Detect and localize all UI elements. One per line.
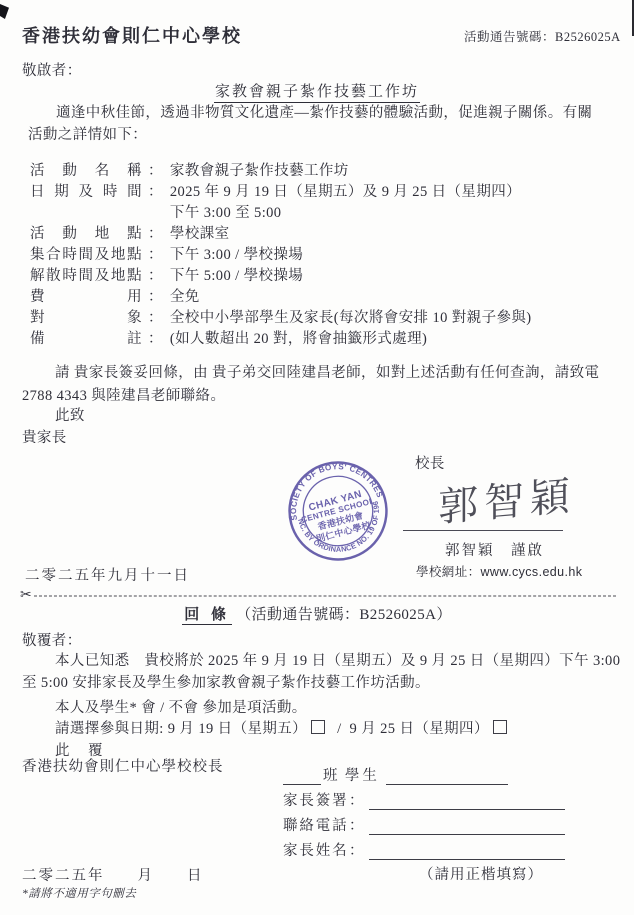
detail-label: 費用 <box>30 287 142 308</box>
detail-label: 日期及時間 <box>30 182 142 224</box>
intro-paragraph: 適逢中秋佳節，透過非物質文化遺產—紮作技藝的體驗活動，促進親子關係。有關 活動之… <box>28 102 614 146</box>
detail-label: 活動地點 <box>30 224 142 245</box>
colon: ： <box>148 329 163 350</box>
parent-name-line <box>369 843 565 860</box>
parent-signature-line <box>369 793 565 810</box>
class-label: 班 <box>323 764 338 785</box>
principal-name-line: 郭智穎 謹啟 <box>445 539 544 560</box>
colon: ： <box>148 245 163 266</box>
closing-paragraph: 請 貴家長簽妥回條，由 貴子弟交回陸建昌老師，如對上述活動有任何查詢，請致電 2… <box>22 362 618 408</box>
reply-slip-notice-number: （活動通告號碼：B2526025A） <box>236 607 452 623</box>
form-row-parent-signature: 家長簽署： <box>283 785 569 810</box>
reply-slip-title: 回 條 <box>182 607 232 625</box>
closing-line-2: 2788 4343 與陸建昌老師聯絡。 <box>22 385 618 408</box>
detail-row-activity-name: 活動名稱： 家教會親子紮作技藝工作坊 <box>30 161 614 182</box>
student-name-line <box>386 768 508 785</box>
detail-value-line1: 2025 年 9 月 19 日（星期五）及 9 月 25 日（星期四） <box>170 182 521 203</box>
detail-row-assembly: 集合時間及地點： 下午 3:00 / 學校操場 <box>30 245 614 266</box>
reply-date-blank: 二零二五年 月 日 <box>22 864 204 885</box>
form-row-class-student: 班 學生 <box>283 760 569 785</box>
detail-value: 2025 年 9 月 19 日（星期五）及 9 月 25 日（星期四） 下午 3… <box>170 182 521 224</box>
detail-value: 下午 5:00 / 學校操場 <box>170 266 303 287</box>
delete-inapplicable-footnote: *請將不適用字句刪去 <box>22 885 136 901</box>
form-label: 聯絡電話 <box>283 814 347 835</box>
detail-value: 全免 <box>170 287 200 308</box>
student-label: 學生 <box>345 764 380 785</box>
form-label: 家長簽署 <box>283 789 347 810</box>
salutation: 敬啟者： <box>22 59 82 80</box>
scanned-letter-page: 香港扶幼會則仁中心學校 活動通告號碼：B2526025A 敬啟者： 家教會親子紮… <box>0 0 634 915</box>
date-choice-second: 9 月 25 日（星期四） <box>350 721 489 737</box>
checkbox-sep19 <box>311 720 325 734</box>
detail-label: 活動名稱 <box>30 161 142 182</box>
colon: ： <box>148 287 163 308</box>
detail-row-fee: 費用： 全免 <box>30 287 614 308</box>
reply-salutation: 敬覆者： <box>22 629 82 650</box>
details-list: 活動名稱： 家教會親子紮作技藝工作坊 日期及時間： 2025 年 9 月 19 … <box>30 161 614 350</box>
checkbox-sep25 <box>493 720 507 734</box>
school-stamp: SOCIETY OF BOYS' CENTRES INC. BY ORDINAN… <box>268 441 408 581</box>
reply-body-line1: 本人已知悉 貴校將於 2025 年 9 月 19 日（星期五）及 9 月 25 … <box>22 650 622 672</box>
date-choice-separator: / <box>337 721 341 737</box>
regards: 此致 <box>55 404 85 425</box>
detail-value: 家教會親子紮作技藝工作坊 <box>170 161 349 182</box>
signature-line <box>403 530 563 531</box>
contact-phone-line <box>369 818 565 835</box>
form-row-parent-name: 家長姓名： <box>283 835 569 860</box>
detail-value-line2: 下午 3:00 至 5:00 <box>170 203 521 224</box>
colon: ： <box>148 161 163 182</box>
colon: ： <box>148 224 163 245</box>
colon: ： <box>148 266 163 287</box>
school-name: 香港扶幼會則仁中心學校 <box>22 22 242 48</box>
attend-choice-line: 本人及學生* 會 / 不會 參加是項活動。 <box>55 696 307 717</box>
intro-line-1: 適逢中秋佳節，透過非物質文化遺產—紮作技藝的體驗活動，促進親子關係。有關 <box>28 102 614 124</box>
detail-value: 全校中小學部學生及家長(每次將會安排 10 對親子參與) <box>170 308 532 329</box>
scissors-icon: ✂ <box>20 588 32 602</box>
cut-line-divider: ✂ <box>20 588 616 602</box>
detail-row-venue: 活動地點： 學校課室 <box>30 224 614 245</box>
form-label: 家長姓名 <box>283 839 347 860</box>
detail-row-date-time: 日期及時間： 2025 年 9 月 19 日（星期五）及 9 月 25 日（星期… <box>30 182 614 224</box>
reply-form: 班 學生 家長簽署： 聯絡電話： 家長姓名： （請用正楷填寫） <box>283 760 569 884</box>
notice-number: 活動通告號碼：B2526025A <box>464 27 621 45</box>
issue-date: 二零二五年九月十一日 <box>25 564 190 585</box>
detail-label: 備註 <box>30 329 142 350</box>
principal-signature: 郭智穎 <box>438 464 575 533</box>
reply-slip-heading: 回 條 （活動通告號碼：B2526025A） <box>0 603 634 624</box>
colon: ： <box>349 839 364 860</box>
reply-body-paragraph: 本人已知悉 貴校將於 2025 年 9 月 19 日（星期五）及 9 月 25 … <box>22 650 622 694</box>
colon: ： <box>349 814 364 835</box>
school-website: 學校網址：www.cycs.edu.hk <box>416 562 582 580</box>
letter-title-text: 家教會親子紮作技藝工作坊 <box>214 84 420 103</box>
letter-title: 家教會親子紮作技藝工作坊 <box>0 80 634 101</box>
detail-label: 解散時間及地點 <box>30 266 142 287</box>
detail-value: 下午 3:00 / 學校操場 <box>170 245 303 266</box>
detail-row-remarks: 備註： (如人數超出 20 對，將會抽籤形式處理) <box>30 329 614 350</box>
class-blank-line <box>283 768 321 785</box>
date-choice-prefix: 請選擇參與日期: 9 月 19 日（星期五） <box>55 721 307 737</box>
reply-addressee-principal: 香港扶幼會則仁中心學校校長 <box>22 755 224 776</box>
colon: ： <box>148 182 163 224</box>
dashed-line <box>34 595 616 596</box>
principal-title: 校長 <box>415 452 445 473</box>
detail-value: (如人數超出 20 對，將會抽籤形式處理) <box>170 329 427 350</box>
reply-body-line2: 至 5:00 安排家長及學生參加家教會親子紮作技藝工作坊活動。 <box>22 672 622 694</box>
colon: ： <box>349 789 364 810</box>
intro-line-2: 活動之詳情如下： <box>28 124 614 146</box>
detail-label: 集合時間及地點 <box>30 245 142 266</box>
closing-line-1: 請 貴家長簽妥回條，由 貴子弟交回陸建昌老師，如對上述活動有任何查詢，請致電 <box>22 362 618 385</box>
recipient: 貴家長 <box>22 426 67 447</box>
date-choice-line: 請選擇參與日期: 9 月 19 日（星期五）/9 月 25 日（星期四） <box>55 717 511 738</box>
block-letters-note: （請用正楷填寫） <box>283 863 569 884</box>
detail-label: 對象 <box>30 308 142 329</box>
detail-row-target: 對象： 全校中小學部學生及家長(每次將會安排 10 對親子參與) <box>30 308 614 329</box>
detail-value: 學校課室 <box>170 224 230 245</box>
form-row-contact-phone: 聯絡電話： <box>283 810 569 835</box>
detail-row-dismissal: 解散時間及地點： 下午 5:00 / 學校操場 <box>30 266 614 287</box>
colon: ： <box>148 308 163 329</box>
scan-artifact-corner <box>0 4 9 19</box>
